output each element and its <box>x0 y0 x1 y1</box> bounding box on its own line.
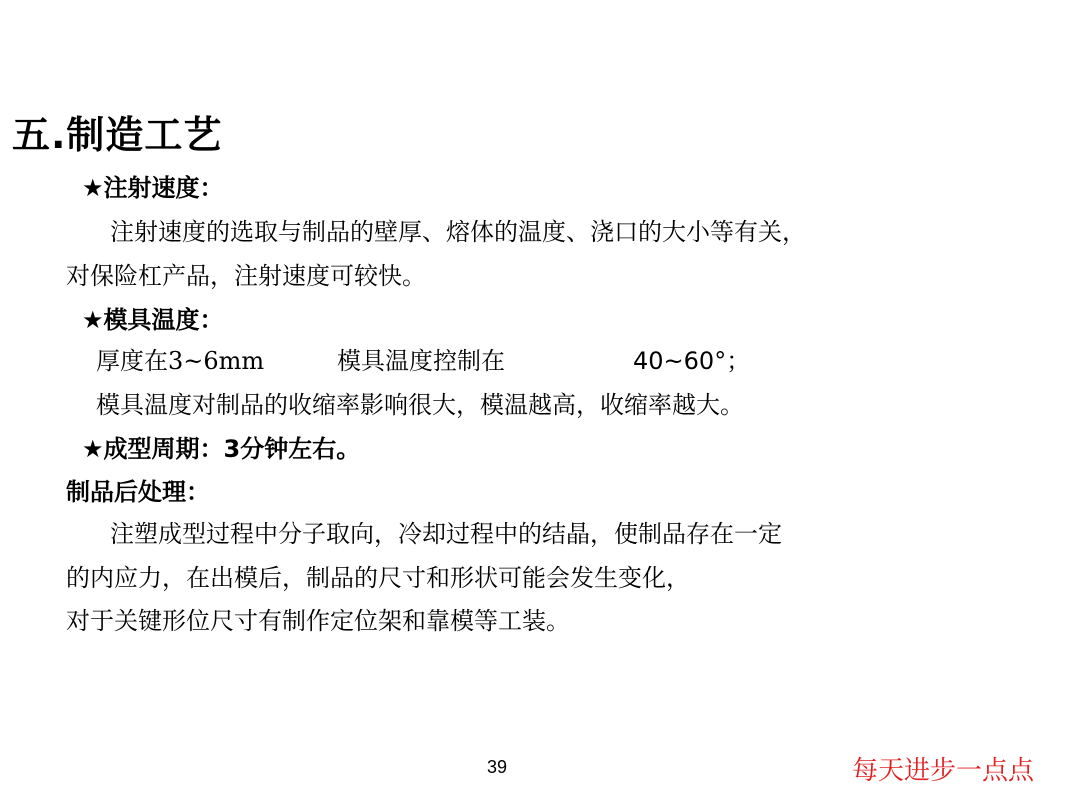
slide-title: 五.制造工艺 <box>12 104 222 159</box>
mold-temp-control-value: 40~60°； <box>633 345 750 377</box>
footer-motto: 每天进步一点点 <box>852 750 1034 787</box>
post-processing-text-3: 对于关键形位尺寸有制作定位架和靠模等工装。 <box>66 605 570 637</box>
injection-speed-text-1: 注射速度的选取与制品的壁厚、熔体的温度、浇口的大小等有关， <box>110 216 806 248</box>
slide: 五.制造工艺 ★注射速度： 注射速度的选取与制品的壁厚、熔体的温度、浇口的大小等… <box>0 0 1076 807</box>
section-heading-post-processing: 制品后处理： <box>66 476 210 508</box>
post-processing-text-2: 的内应力，在出模后，制品的尺寸和形状可能会发生变化， <box>66 562 690 594</box>
mold-temp-control-label: 模具温度控制在 <box>337 345 505 377</box>
section-heading-cycle-time: ★成型周期：3分钟左右。 <box>82 433 360 465</box>
injection-speed-text-2: 对保险杠产品，注射速度可较快。 <box>66 260 426 292</box>
mold-temp-text: 模具温度对制品的收缩率影响很大，模温越高，收缩率越大。 <box>96 389 744 421</box>
section-heading-mold-temperature: ★模具温度： <box>82 304 224 336</box>
thickness-label: 厚度在3~6mm <box>96 345 264 377</box>
post-processing-text-1: 注塑成型过程中分子取向，冷却过程中的结晶，使制品存在一定 <box>110 518 782 550</box>
page-number: 39 <box>487 757 507 778</box>
section-heading-injection-speed: ★注射速度： <box>82 172 224 204</box>
